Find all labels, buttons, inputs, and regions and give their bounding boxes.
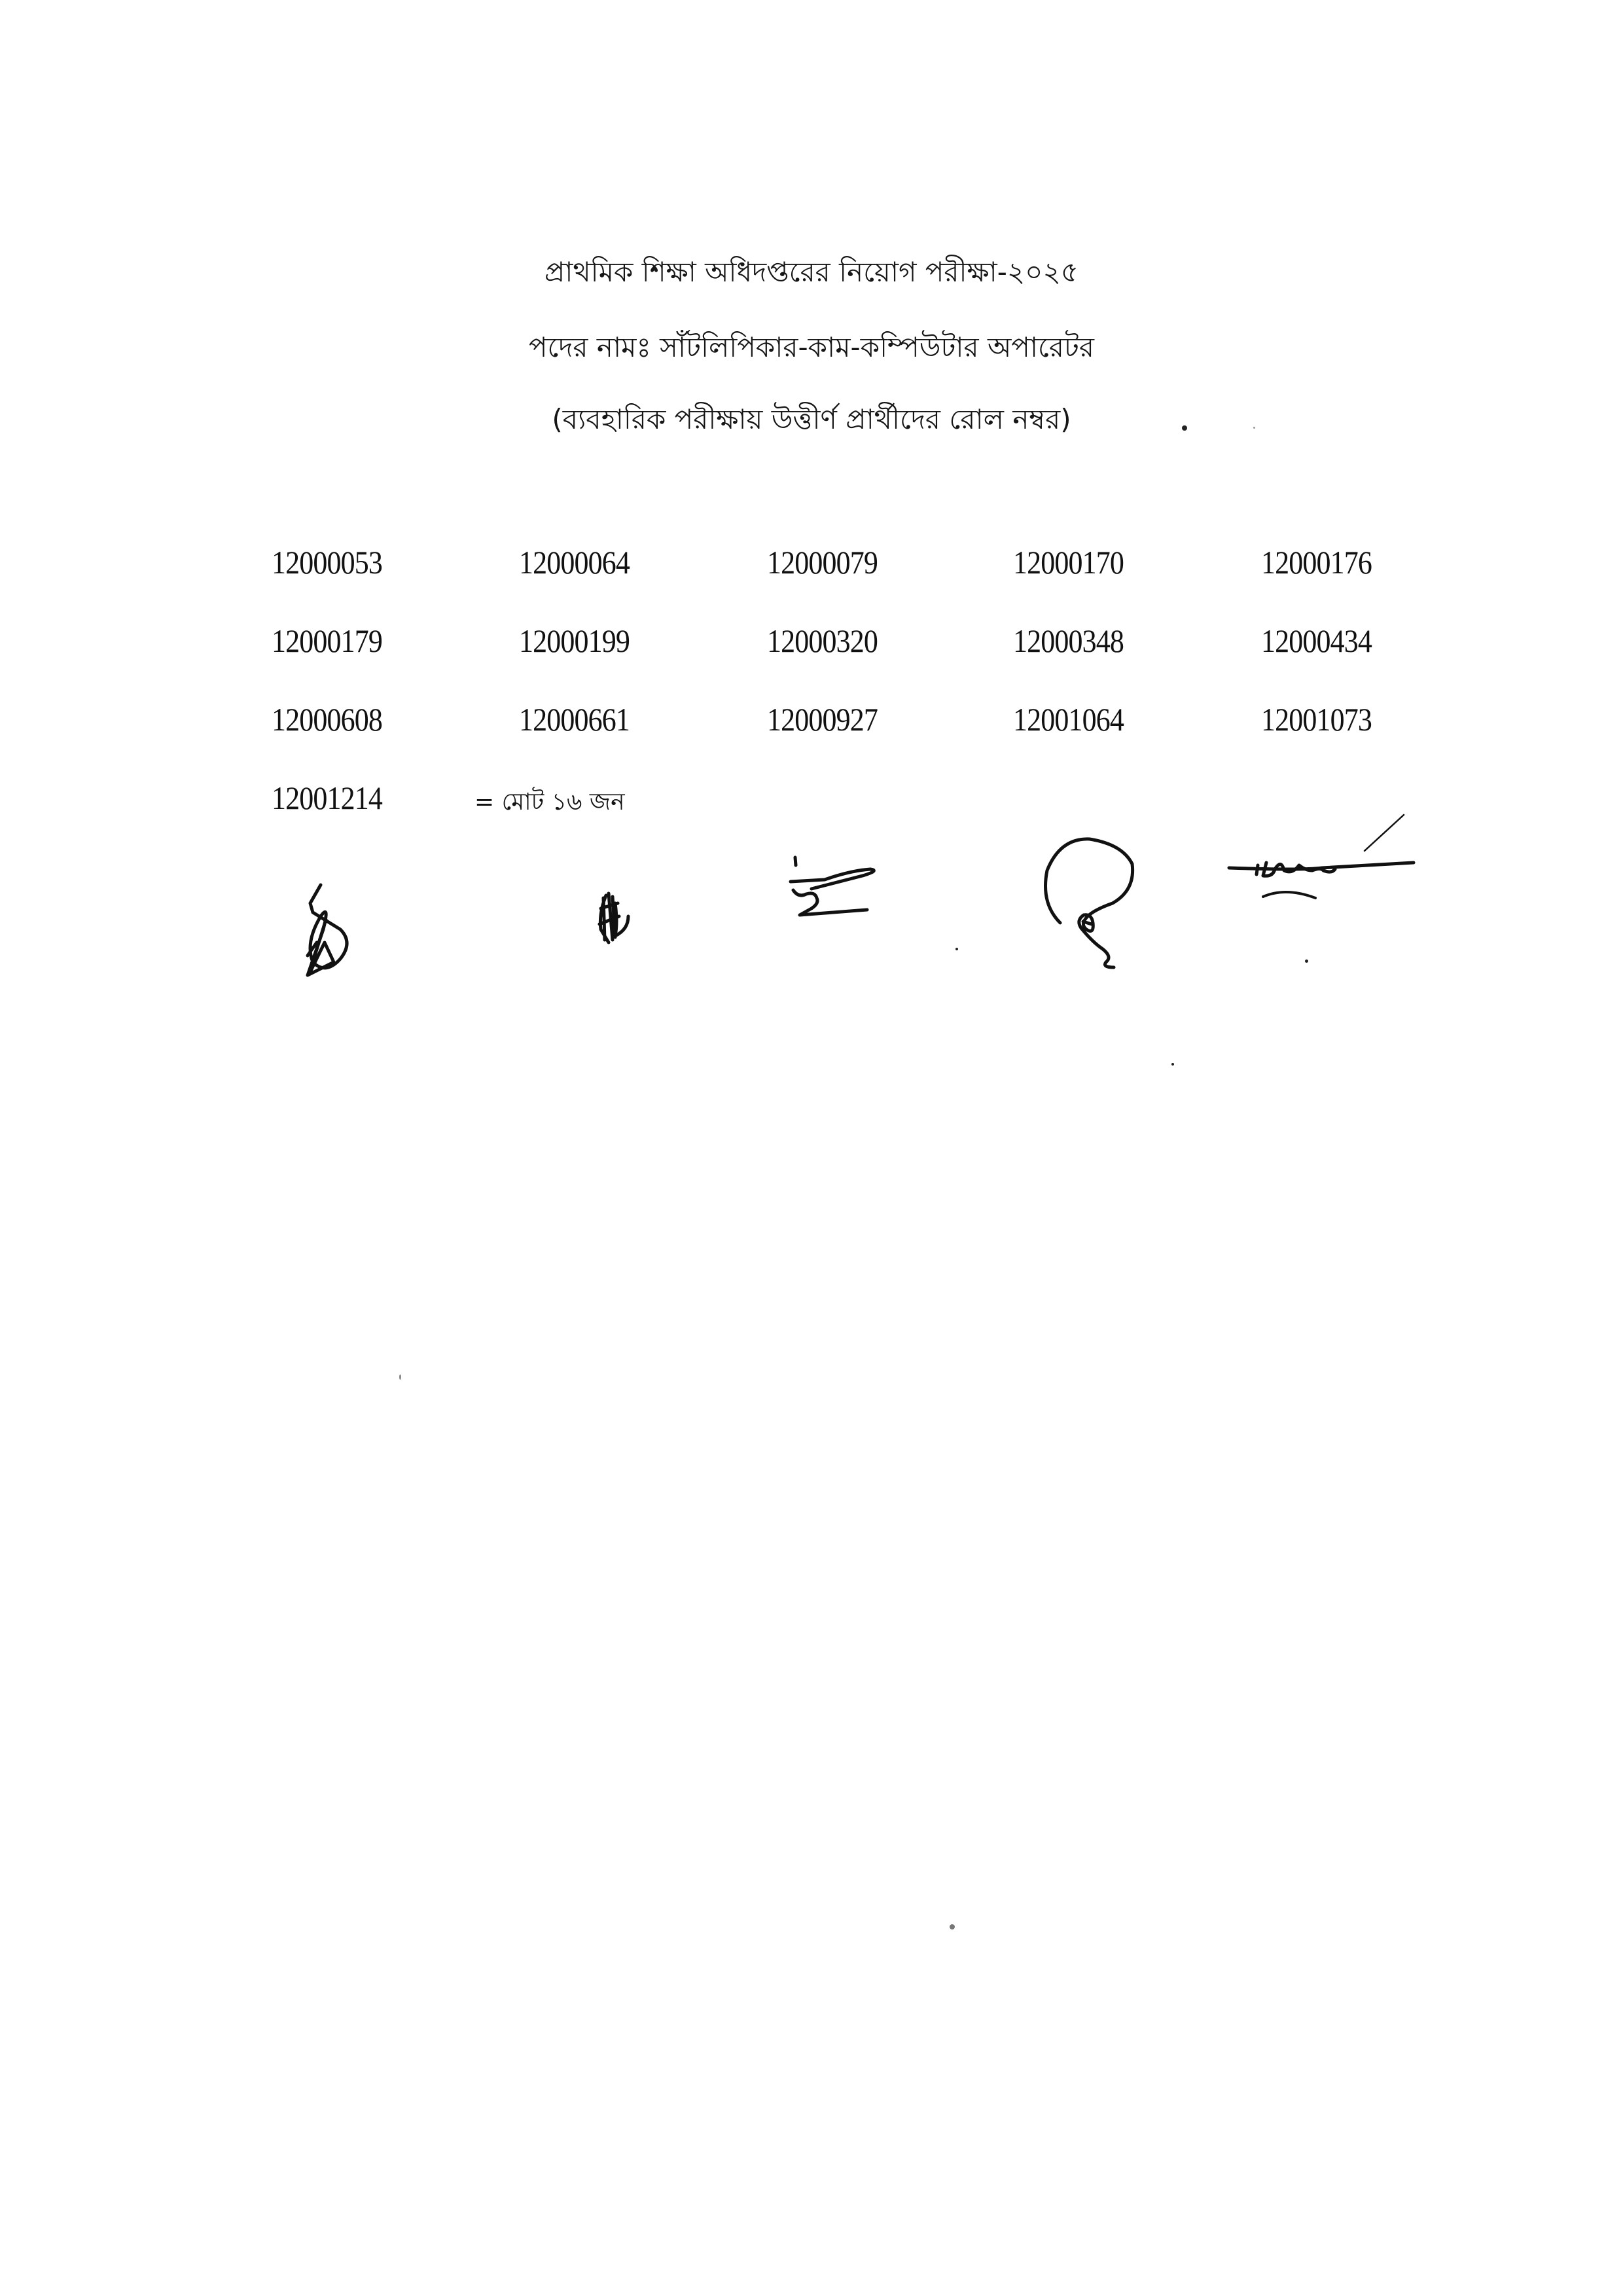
roll-number: 12000927	[767, 700, 878, 738]
signature-4	[1046, 839, 1133, 967]
speck-mark	[399, 1374, 401, 1380]
speck-mark	[1182, 425, 1187, 431]
roll-number: 12000348	[1013, 622, 1124, 660]
roll-number: 12000053	[272, 543, 382, 581]
speck-mark	[1171, 1063, 1174, 1066]
signature-5	[1229, 815, 1414, 898]
roll-number: 12001214	[272, 779, 382, 817]
signature-3	[791, 857, 874, 915]
roll-number: 12000179	[272, 622, 382, 660]
roll-number: 12000434	[1261, 622, 1372, 660]
roll-number: 12000199	[519, 622, 630, 660]
roll-number: 12000176	[1261, 543, 1372, 581]
roll-number: 12000320	[767, 622, 878, 660]
document-subtitle: (ব্যবহারিক পরীক্ষায় উত্তীর্ণ প্রার্থীদে…	[0, 406, 1623, 433]
speck-mark	[1305, 960, 1308, 963]
roll-number: 12000661	[519, 700, 630, 738]
roll-number: 12001064	[1013, 700, 1124, 738]
post-name: পদের নামঃ সাঁটলিপিকার-কাম-কম্পিউটার অপার…	[0, 334, 1623, 361]
roll-number: 12000170	[1013, 543, 1124, 581]
roll-number: 12000608	[272, 700, 382, 738]
signature-1	[308, 885, 347, 975]
document-title: প্রাথমিক শিক্ষা অধিদপ্তরের নিয়োগ পরীক্ষ…	[0, 259, 1623, 286]
speck-mark	[1253, 427, 1255, 429]
signature-2	[599, 893, 628, 942]
roll-number: 12000079	[767, 543, 878, 581]
speck-mark	[955, 948, 958, 950]
roll-number: 12000064	[519, 543, 630, 581]
speck-mark	[950, 1924, 955, 1929]
roll-number: 12001073	[1261, 700, 1372, 738]
total-count: = মোট ১৬ জন	[474, 784, 625, 823]
